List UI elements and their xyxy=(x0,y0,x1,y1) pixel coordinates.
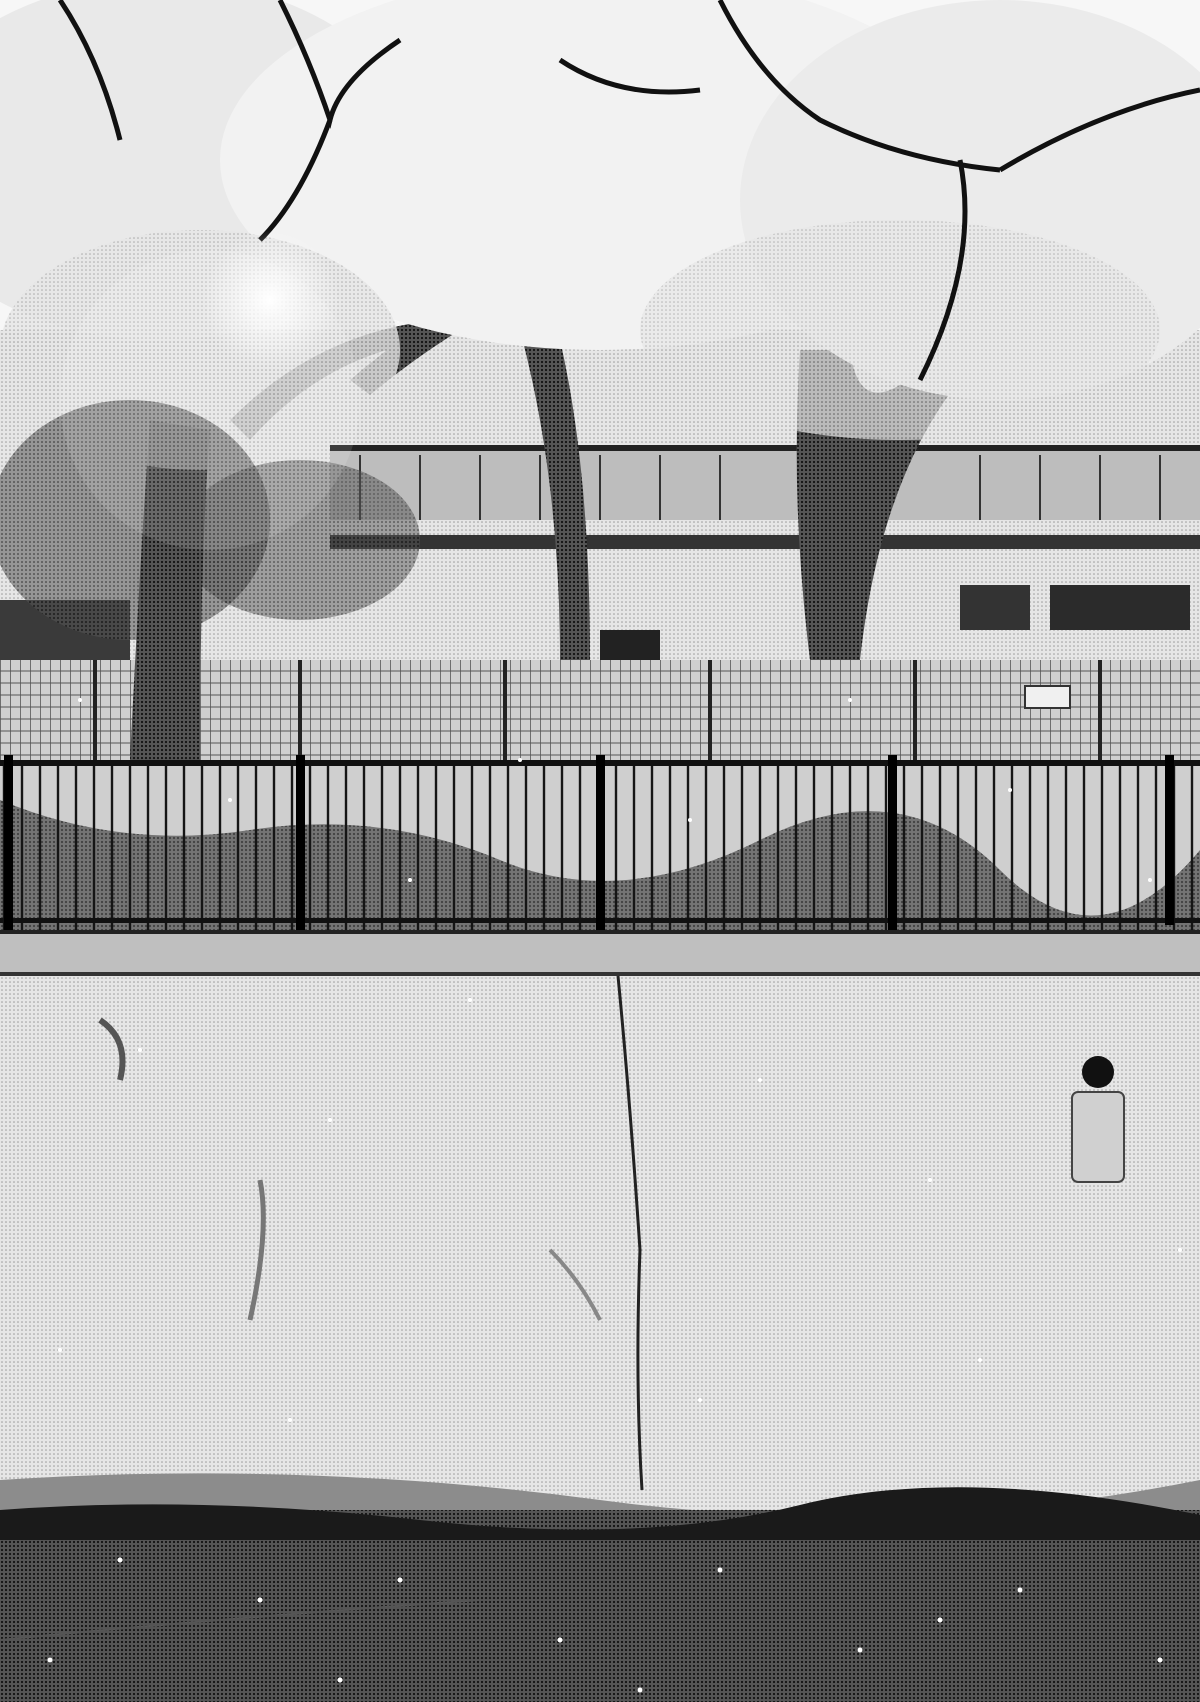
illustration xyxy=(0,0,1200,1702)
riverbed xyxy=(0,1487,1200,1702)
manga-page: Cherry blossom trees in full bloom over … xyxy=(0,0,1200,1702)
lens-flare-ring xyxy=(60,250,360,550)
fence-sign xyxy=(1025,686,1070,708)
iron-railing xyxy=(0,755,1200,940)
concrete-wall xyxy=(0,930,1200,1520)
